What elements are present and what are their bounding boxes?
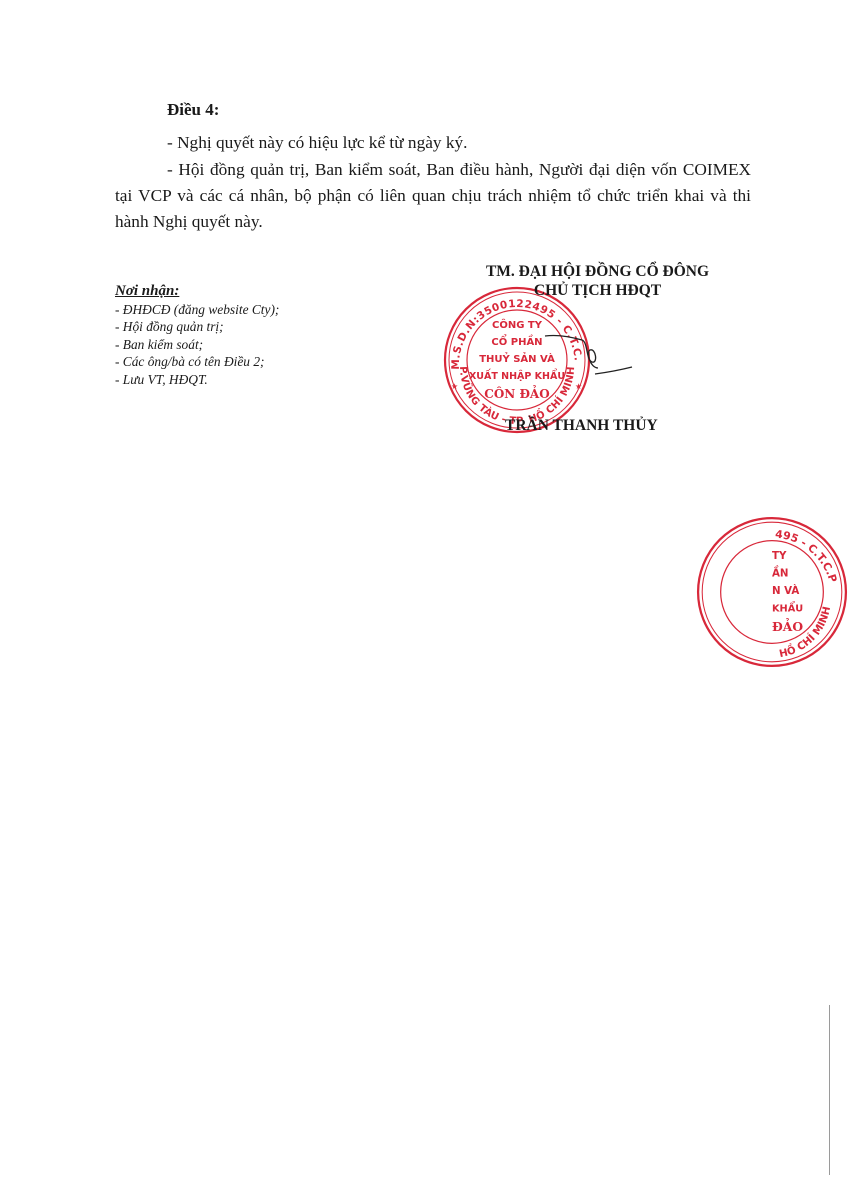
svg-text:TY: TY: [772, 550, 787, 562]
recipient-item: - ĐHĐCĐ (đăng website Cty);: [115, 301, 279, 319]
clause-responsibility: - Hội đồng quản trị, Ban kiểm soát, Ban …: [115, 157, 751, 235]
article-heading: Điều 4:: [167, 100, 219, 120]
recipients-list: Nơi nhận: - ĐHĐCĐ (đăng website Cty); - …: [115, 283, 279, 389]
scan-edge-line: [829, 1005, 830, 1175]
signer-position: CHỦ TỊCH HĐQT: [455, 281, 740, 300]
recipient-item: - Hội đồng quản trị;: [115, 318, 279, 336]
stamp-line: CÔN ĐẢO: [484, 384, 549, 401]
stamp-line: CÔNG TY: [492, 318, 543, 331]
signature-block: TM. ĐẠI HỘI ĐỒNG CỔ ĐÔNG CHỦ TỊCH HĐQT: [455, 262, 740, 300]
recipients-title: Nơi nhận:: [115, 283, 279, 301]
recipient-item: - Lưu VT, HĐQT.: [115, 371, 279, 389]
svg-text:N VÀ: N VÀ: [772, 584, 799, 597]
recipient-item: - Các ông/bà có tên Điều 2;: [115, 353, 279, 371]
document-page: Điều 4: - Nghị quyết này có hiệu lực kể …: [0, 0, 849, 1200]
svg-text:ẦN: ẦN: [772, 566, 789, 580]
partial-stamp: 495 - C.T.C.P HỒ CHÍ MINH TY ẦN N VÀ KHẨ…: [695, 515, 849, 669]
signature-icon: [540, 330, 640, 380]
svg-text:★: ★: [451, 382, 458, 391]
recipient-item: - Ban kiểm soát;: [115, 336, 279, 354]
clause-effective-date: - Nghị quyết này có hiệu lực kể từ ngày …: [167, 130, 467, 156]
svg-text:ĐẢO: ĐẢO: [772, 617, 803, 634]
svg-text:KHẨU: KHẨU: [772, 600, 803, 615]
stamp-line: CỔ PHẦN: [491, 333, 542, 348]
signer-name: TRẦN THANH THỦY: [505, 417, 658, 435]
on-behalf-title: TM. ĐẠI HỘI ĐỒNG CỔ ĐÔNG: [455, 262, 740, 281]
svg-text:★: ★: [575, 382, 582, 391]
